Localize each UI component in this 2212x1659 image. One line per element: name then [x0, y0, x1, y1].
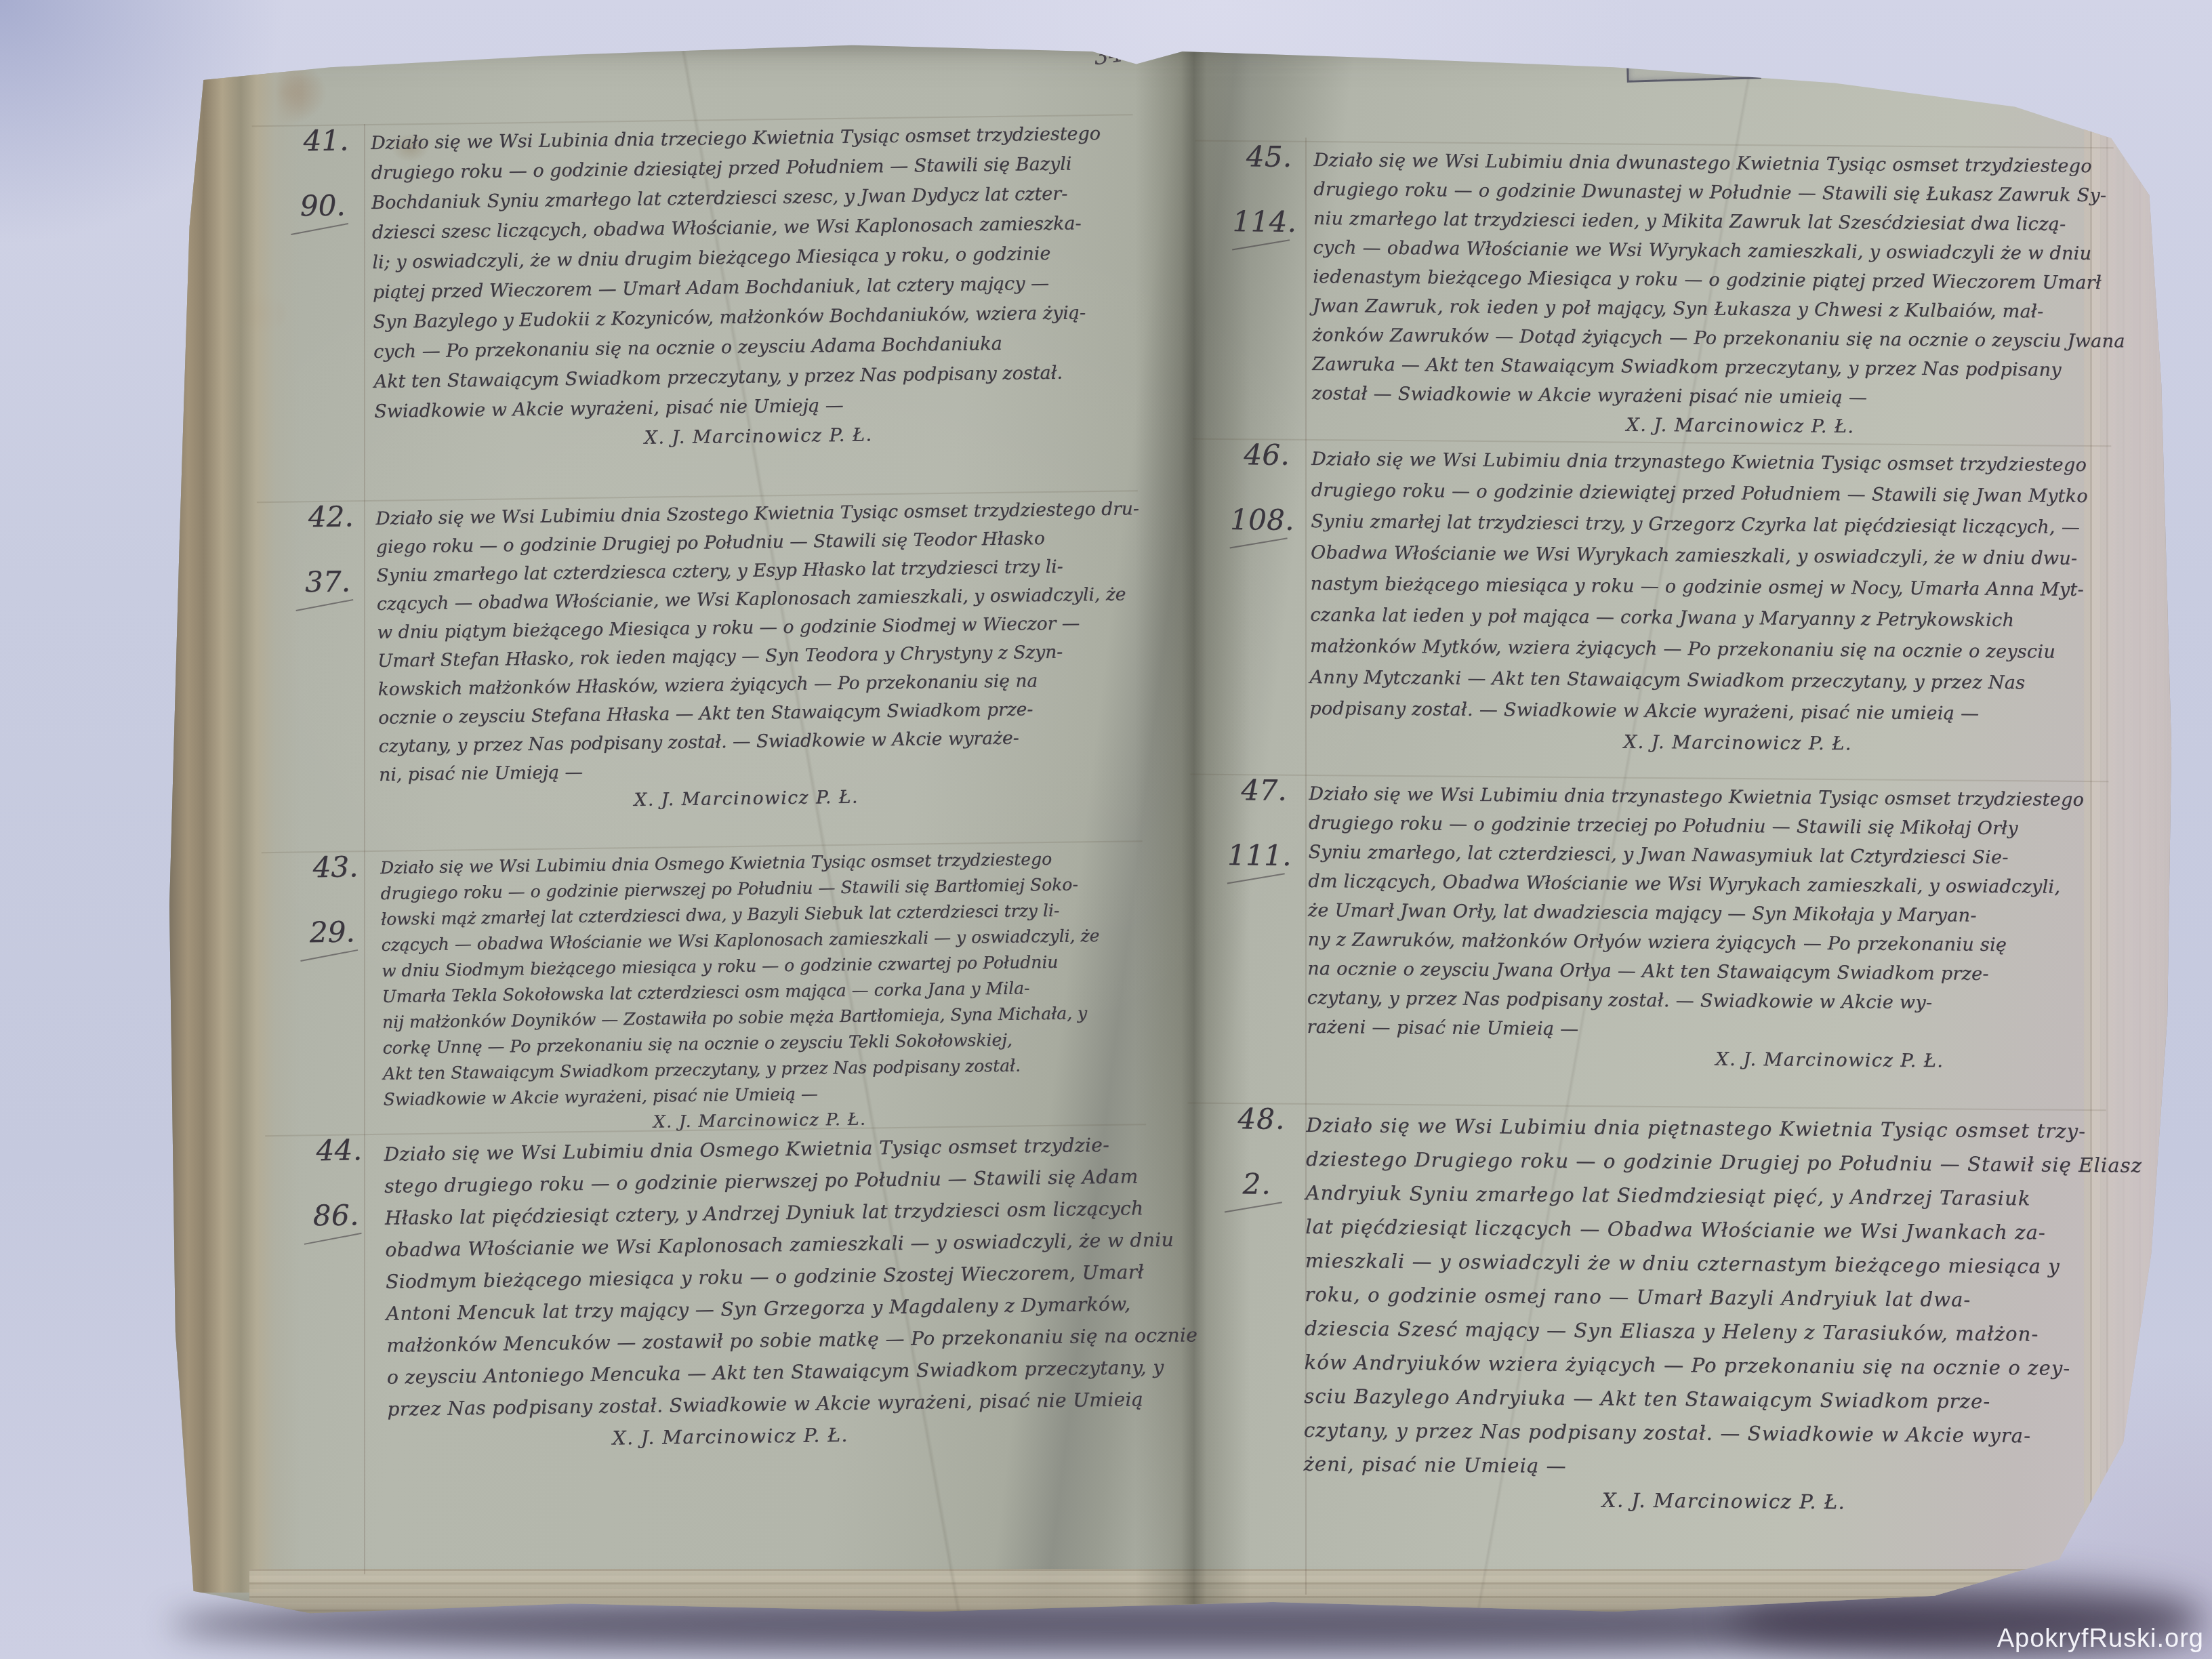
act-number: 42.	[297, 502, 365, 531]
act-reference-number: 2.	[1223, 1170, 1291, 1199]
entry-line: roku, o godzinie osmej rano — Umarł Bazy…	[1305, 1277, 2091, 1317]
act-reference-number: 114.	[1231, 207, 1298, 237]
register-entry: 44.86.Działo się we Wsi Lubimiu dnia Osm…	[384, 1128, 1136, 1456]
entry-line: czytany, y przez Nas podpisany został. —…	[1304, 1413, 2090, 1453]
act-number: 46.	[1233, 441, 1300, 470]
entry-line: Andryiuk Syniu zmarłego lat Siedmdziesią…	[1305, 1176, 2091, 1216]
priest-signature: X. J. Marcinowicz P. Ł.	[1303, 1481, 2089, 1521]
register-entry: 43.29.Działo się we Wsi Lubimiu dnia Osm…	[380, 845, 1132, 1138]
register-entry: 48.2.Działo się we Wsi Lubimiu dnia pięt…	[1303, 1108, 2093, 1521]
entry-line: Działo się we Wsi Lubimiu dnia piętnaste…	[1306, 1108, 2092, 1148]
act-number: 43.	[302, 853, 370, 882]
act-reference-number: 90.	[289, 191, 357, 220]
entry-line: lat pięćdziesiąt liczących — Obadwa Włoś…	[1305, 1210, 2091, 1250]
page-stack-edge-left	[169, 69, 302, 1593]
priest-signature: X. J. Marcinowicz P. Ł.	[1307, 1042, 2093, 1077]
priest-signature: X. J. Marcinowicz P. Ł.	[1309, 724, 2095, 762]
act-reference-number: 108.	[1228, 506, 1296, 535]
register-book: X.I.G.D.D. 34. 35. 41.90.Działo się we W…	[169, 37, 2175, 1616]
photo-background: X.I.G.D.D. 34. 35. 41.90.Działo się we W…	[0, 0, 2212, 1659]
entry-line: dziestego Drugiego roku — o godzinie Dru…	[1306, 1142, 2092, 1182]
entry-line: został — Swiadkowie w Akcie wyrażeni pis…	[1312, 379, 2098, 414]
right-page-number: 35.	[2061, 71, 2095, 97]
left-margin-rule	[364, 124, 365, 1574]
watermark-text: ApokryfRuski.org	[1997, 1624, 2204, 1654]
register-entry: 41.90.Działo się we Wsi Lubinia dnia trz…	[371, 119, 1124, 457]
act-reference-number: 29.	[298, 918, 367, 947]
act-reference-number: 86.	[302, 1201, 370, 1230]
register-entry: 47.111.Działo się we Wsi Lubimiu dnia tr…	[1307, 779, 2095, 1077]
entry-line: ków Andryiuków wziera żyiących — Po prze…	[1304, 1345, 2090, 1385]
entry-line: sciu Bazylego Andryiuka — Akt ten Stawai…	[1304, 1379, 2090, 1419]
act-number: 45.	[1235, 142, 1303, 171]
act-number: 44.	[305, 1136, 373, 1165]
register-entry: 46.108.Działo się we Wsi Lubimiu dnia tr…	[1309, 444, 2098, 762]
entry-line: rażeni — pisać nie Umieią —	[1307, 1012, 2093, 1048]
entry-line: dziescia Szesć mający — Syn Eliasza y He…	[1305, 1311, 2091, 1351]
priest-signature: X. J. Marcinowicz P. Ł.	[1311, 408, 2097, 443]
act-number: 48.	[1227, 1105, 1295, 1134]
act-number: 47.	[1230, 776, 1298, 805]
entry-line: mieszkali — y oswiadczyli że w dniu czte…	[1305, 1244, 2091, 1284]
register-entry: 45.114.Działo się we Wsi Lubimiu dnia dw…	[1311, 146, 2100, 443]
act-reference-number: 111.	[1225, 841, 1293, 870]
register-entry: 42.37.Działo się we Wsi Lubimiu dnia Szo…	[375, 495, 1128, 817]
act-number: 41.	[292, 126, 361, 155]
left-page-text: 41.90.Działo się we Wsi Lubinia dnia trz…	[369, 28, 1139, 1616]
book-gutter	[1135, 37, 1250, 1616]
right-page-text: 45.114.Działo się we Wsi Lubimiu dnia dw…	[1303, 37, 2101, 1622]
entry-line: żeni, pisać nie Umieią —	[1303, 1447, 2089, 1487]
act-reference-number: 37.	[293, 567, 362, 596]
entry-line: podpisany został. — Swiadkowie w Akcie w…	[1309, 693, 2095, 731]
